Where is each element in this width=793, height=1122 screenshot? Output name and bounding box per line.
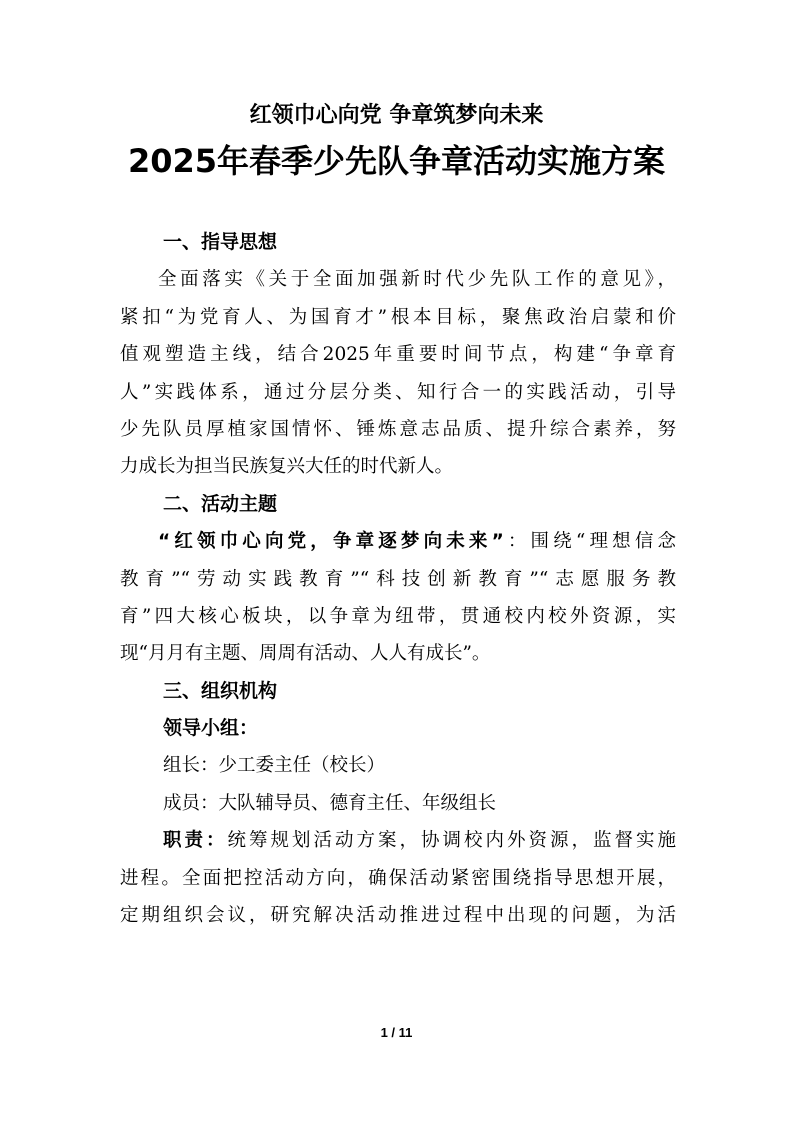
theme-line: “红领巾心向党，争章逐梦向未来”：围绕“理想信念 [120, 523, 676, 560]
members-value: 大队辅导员、德育主任、年级组长 [219, 793, 497, 814]
paragraph-line: 少先队员厚植家国情怀、锤炼意志品质、提升综合素养，努 [120, 411, 676, 448]
paragraph-line: 人”实践体系，通过分层分类、知行合一的实践活动，引导 [120, 374, 676, 411]
members-line: 成员：大队辅导员、德育主任、年级组长 [120, 785, 676, 822]
paragraph-line: 进程。全面把控活动方向，确保活动紧密围绕指导思想开展， [120, 860, 676, 897]
page-indicator: 1 / 11 [0, 1024, 793, 1042]
section-heading-activity-theme: 二、活动主题 [120, 486, 676, 523]
paragraph-line: 紧扣“为党育人、为国育才”根本目标，聚焦政治启蒙和价 [120, 299, 676, 336]
members-label: 成员： [163, 793, 219, 814]
paragraph-line: 现“月月有主题、周周有活动、人人有成长”。 [120, 635, 676, 672]
paragraph-line: 定期组织会议，研究解决活动推进过程中出现的问题，为活 [120, 897, 676, 934]
document-title: 2025年春季少先队争章活动实施方案 [0, 141, 793, 181]
leader-label: 组长： [163, 755, 219, 776]
leader-line: 组长：少工委主任（校长） [120, 747, 676, 784]
leader-value: 少工委主任（校长） [219, 755, 386, 776]
theme-text: ：围绕“理想信念 [504, 531, 676, 552]
leadership-group-heading: 领导小组： [120, 710, 676, 747]
section-heading-organization: 三、组织机构 [120, 673, 676, 710]
document-body: 一、指导思想 全面落实《关于全面加强新时代少先队工作的意见》， 紧扣“为党育人、… [120, 224, 676, 934]
duty-text: 统筹规划活动方案，协调校内外资源，监督实施 [228, 830, 676, 851]
paragraph-line: 力成长为担当民族复兴大任的时代新人。 [120, 448, 676, 485]
paragraph-line: 教育”“劳动实践教育”“科技创新教育”“志愿服务教 [120, 561, 676, 598]
duty-line: 职责：统筹规划活动方案，协调校内外资源，监督实施 [120, 822, 676, 859]
paragraph-line: 育”四大核心板块，以争章为纽带，贯通校内校外资源，实 [120, 598, 676, 635]
document-subtitle: 红领巾心向党 争章筑梦向未来 [0, 101, 793, 131]
paragraph-line: 全面落实《关于全面加强新时代少先队工作的意见》， [120, 261, 676, 298]
theme-slogan: “红领巾心向党，争章逐梦向未来” [158, 531, 504, 552]
duty-label: 职责： [163, 830, 228, 851]
paragraph-line: 值观塑造主线，结合2025年重要时间节点，构建“争章育 [120, 336, 676, 373]
section-heading-guiding-ideology: 一、指导思想 [120, 224, 676, 261]
